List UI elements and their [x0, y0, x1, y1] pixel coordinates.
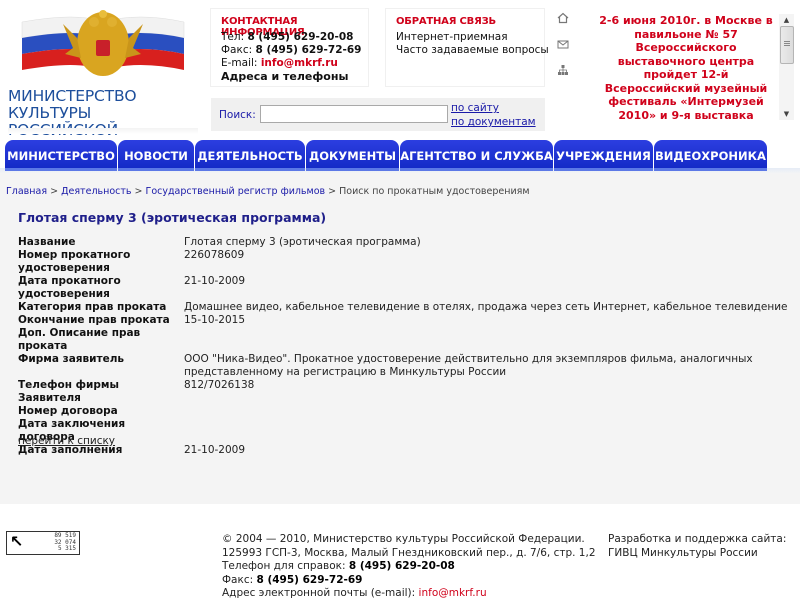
footer-email-row: Адрес электронной почты (e-mail): info@m…: [222, 587, 596, 601]
fax-label: Факс:: [221, 44, 252, 56]
detail-row: Доп. Описание прав проката: [18, 327, 794, 353]
breadcrumb-film-register[interactable]: Государственный регистр фильмов: [146, 186, 326, 197]
detail-value: 15-10-2015: [184, 314, 794, 327]
detail-label: Окончание прав проката: [18, 314, 184, 327]
detail-row: Категория прав прокатаДомашнее видео, ка…: [18, 301, 794, 314]
contact-email-row: E-mail: info@mkrf.ru: [221, 57, 361, 70]
footer-phone: 8 (495) 629-20-08: [349, 560, 455, 572]
search-input[interactable]: [260, 105, 448, 123]
detail-row: Дата заключения договора: [18, 418, 794, 444]
footer-contacts: © 2004 — 2010, Министерство культуры Рос…: [222, 533, 596, 601]
detail-label: Название: [18, 236, 184, 249]
faq-link[interactable]: Часто задаваемые вопросы: [396, 44, 549, 57]
detail-label: Номер прокатного удостоверения: [18, 249, 184, 275]
search-by-documents-link[interactable]: по документам: [451, 116, 536, 128]
ministry-logo[interactable]: МИНИСТЕРСТВО КУЛЬТУРЫ РОССИЙСКОЙ ФЕДЕРАЦ…: [4, 4, 200, 130]
scroll-thumb[interactable]: [780, 26, 794, 64]
content-area: Главная > Деятельность > Государственный…: [0, 174, 800, 504]
footer-copyright: © 2004 — 2010, Министерство культуры Рос…: [222, 533, 596, 547]
developer-label: Разработка и поддержка сайта:: [608, 533, 786, 547]
detail-value: 21-10-2009: [184, 444, 794, 457]
detail-row: Окончание прав проката15-10-2015: [18, 314, 794, 327]
phone-label: Тел:: [221, 31, 244, 43]
footer-phone-row: Телефон для справок: 8 (495) 629-20-08: [222, 560, 596, 574]
breadcrumb-current: Поиск по прокатным удостоверениям: [339, 186, 529, 197]
fax-value: 8 (495) 629-72-69: [255, 44, 361, 56]
sitemap-icon[interactable]: [556, 64, 570, 78]
contact-phone-row: Тел: 8 (495) 629-20-08: [221, 31, 361, 44]
utility-icons: [556, 12, 572, 90]
detail-row: Номер прокатного удостоверения226078609: [18, 249, 794, 275]
back-to-list-link[interactable]: перейти к списку: [18, 435, 115, 447]
detail-value: 812/7026138: [184, 379, 794, 405]
detail-row: Дата прокатного удостоверения21-10-2009: [18, 275, 794, 301]
detail-value: 226078609: [184, 249, 794, 275]
detail-label: Фирма заявитель: [18, 353, 184, 379]
detail-value: [184, 418, 794, 444]
home-icon[interactable]: [556, 12, 570, 26]
arrow-up-left-icon: ↖: [10, 533, 23, 551]
detail-value: ООО "Ника-Видео". Прокатное удостоверени…: [184, 353, 794, 379]
breadcrumb-activity[interactable]: Деятельность: [61, 186, 131, 197]
tab-news[interactable]: НОВОСТИ: [118, 140, 194, 171]
detail-value: Домашнее видео, кабельное телевидение в …: [184, 301, 794, 314]
phone-value: 8 (495) 629-20-08: [247, 31, 353, 43]
breadcrumb-separator: >: [50, 186, 58, 197]
developer-name[interactable]: ГИВЦ Минкультуры России: [608, 547, 786, 561]
tab-institutions[interactable]: УЧРЕЖДЕНИЯ: [554, 140, 653, 171]
footer-email-label: Адрес электронной почты (e-mail):: [222, 587, 415, 599]
contact-panel: КОНТАКТНАЯ ИНФОРМАЦИЯ Тел: 8 (495) 629-2…: [211, 9, 368, 86]
search-label: Поиск:: [219, 109, 256, 121]
detail-value: [184, 405, 794, 418]
footer-phone-label: Телефон для справок:: [222, 560, 346, 572]
email-link[interactable]: info@mkrf.ru: [261, 57, 338, 69]
contact-fax-row: Факс: 8 (495) 629-72-69: [221, 44, 361, 57]
counter-values: 89 519 32 074 5 315: [54, 533, 76, 553]
tab-ministry[interactable]: МИНИСТЕРСТВО: [5, 140, 117, 171]
footer-fax-row: Факс: 8 (495) 629-72-69: [222, 574, 596, 588]
news-scrollbar[interactable]: ▲ ▼: [779, 14, 794, 120]
detail-row: Телефон фирмы Заявителя812/7026138: [18, 379, 794, 405]
breadcrumb-home[interactable]: Главная: [6, 186, 47, 197]
logo-line-1: МИНИСТЕРСТВО КУЛЬТУРЫ: [8, 88, 204, 122]
internet-reception-link[interactable]: Интернет-приемная: [396, 31, 549, 44]
feedback-panel: ОБРАТНАЯ СВЯЗЬ Интернет-приемная Часто з…: [386, 9, 544, 86]
main-nav: МИНИСТЕРСТВО НОВОСТИ ДЕЯТЕЛЬНОСТЬ ДОКУМЕ…: [5, 140, 768, 171]
footer-email-link[interactable]: info@mkrf.ru: [419, 587, 487, 599]
news-announcement[interactable]: 2-6 июня 2010г. в Москве в павильоне № 5…: [596, 14, 776, 120]
footer-fax-label: Факс:: [222, 574, 253, 586]
footer-fax: 8 (495) 629-72-69: [256, 574, 362, 586]
detail-value: [184, 327, 794, 353]
tab-activity[interactable]: ДЕЯТЕЛЬНОСТЬ: [195, 140, 305, 171]
tab-video-chronicle[interactable]: ВИДЕОХРОНИКА: [654, 140, 767, 171]
detail-value: Глотая сперму 3 (эротическая программа): [184, 236, 794, 249]
detail-row: НазваниеГлотая сперму 3 (эротическая про…: [18, 236, 794, 249]
addresses-link[interactable]: Адреса и телефоны: [221, 70, 348, 83]
visit-counter[interactable]: ↖ 89 519 32 074 5 315: [6, 531, 80, 555]
mail-icon[interactable]: [556, 38, 570, 52]
detail-label: Категория прав проката: [18, 301, 184, 314]
scroll-up-icon[interactable]: ▲: [779, 14, 794, 26]
page-title: Глотая сперму 3 (эротическая программа): [18, 210, 326, 225]
search-bar: Поиск: по сайту по документам: [211, 98, 545, 131]
search-by-site-link[interactable]: по сайту: [451, 102, 499, 114]
film-details-table: НазваниеГлотая сперму 3 (эротическая про…: [18, 236, 794, 457]
detail-row: Дата заполнения21-10-2009: [18, 444, 794, 457]
detail-label: Дата прокатного удостоверения: [18, 275, 184, 301]
logo-shadow: [8, 128, 198, 134]
feedback-title: ОБРАТНАЯ СВЯЗЬ: [396, 16, 496, 27]
breadcrumb-separator: >: [135, 186, 143, 197]
email-label: E-mail:: [221, 57, 257, 69]
footer-address: 125993 ГСП-3, Москва, Малый Гнездниковск…: [222, 547, 596, 561]
detail-value: 21-10-2009: [184, 275, 794, 301]
detail-label: Доп. Описание прав проката: [18, 327, 184, 353]
detail-label: Телефон фирмы Заявителя: [18, 379, 184, 405]
breadcrumb: Главная > Деятельность > Государственный…: [6, 186, 530, 197]
flag-emblem-icon: [18, 8, 188, 80]
detail-row: Номер договора: [18, 405, 794, 418]
breadcrumb-separator: >: [328, 186, 336, 197]
detail-label: Номер договора: [18, 405, 184, 418]
scroll-down-icon[interactable]: ▼: [779, 108, 794, 120]
tab-documents[interactable]: ДОКУМЕНТЫ: [306, 140, 399, 171]
footer-developer: Разработка и поддержка сайта: ГИВЦ Минку…: [608, 533, 786, 560]
tab-agency-service[interactable]: АГЕНТСТВО И СЛУЖБА: [400, 140, 553, 171]
detail-row: Фирма заявительООО "Ника-Видео". Прокатн…: [18, 353, 794, 379]
counter-value: 5 315: [54, 546, 76, 553]
